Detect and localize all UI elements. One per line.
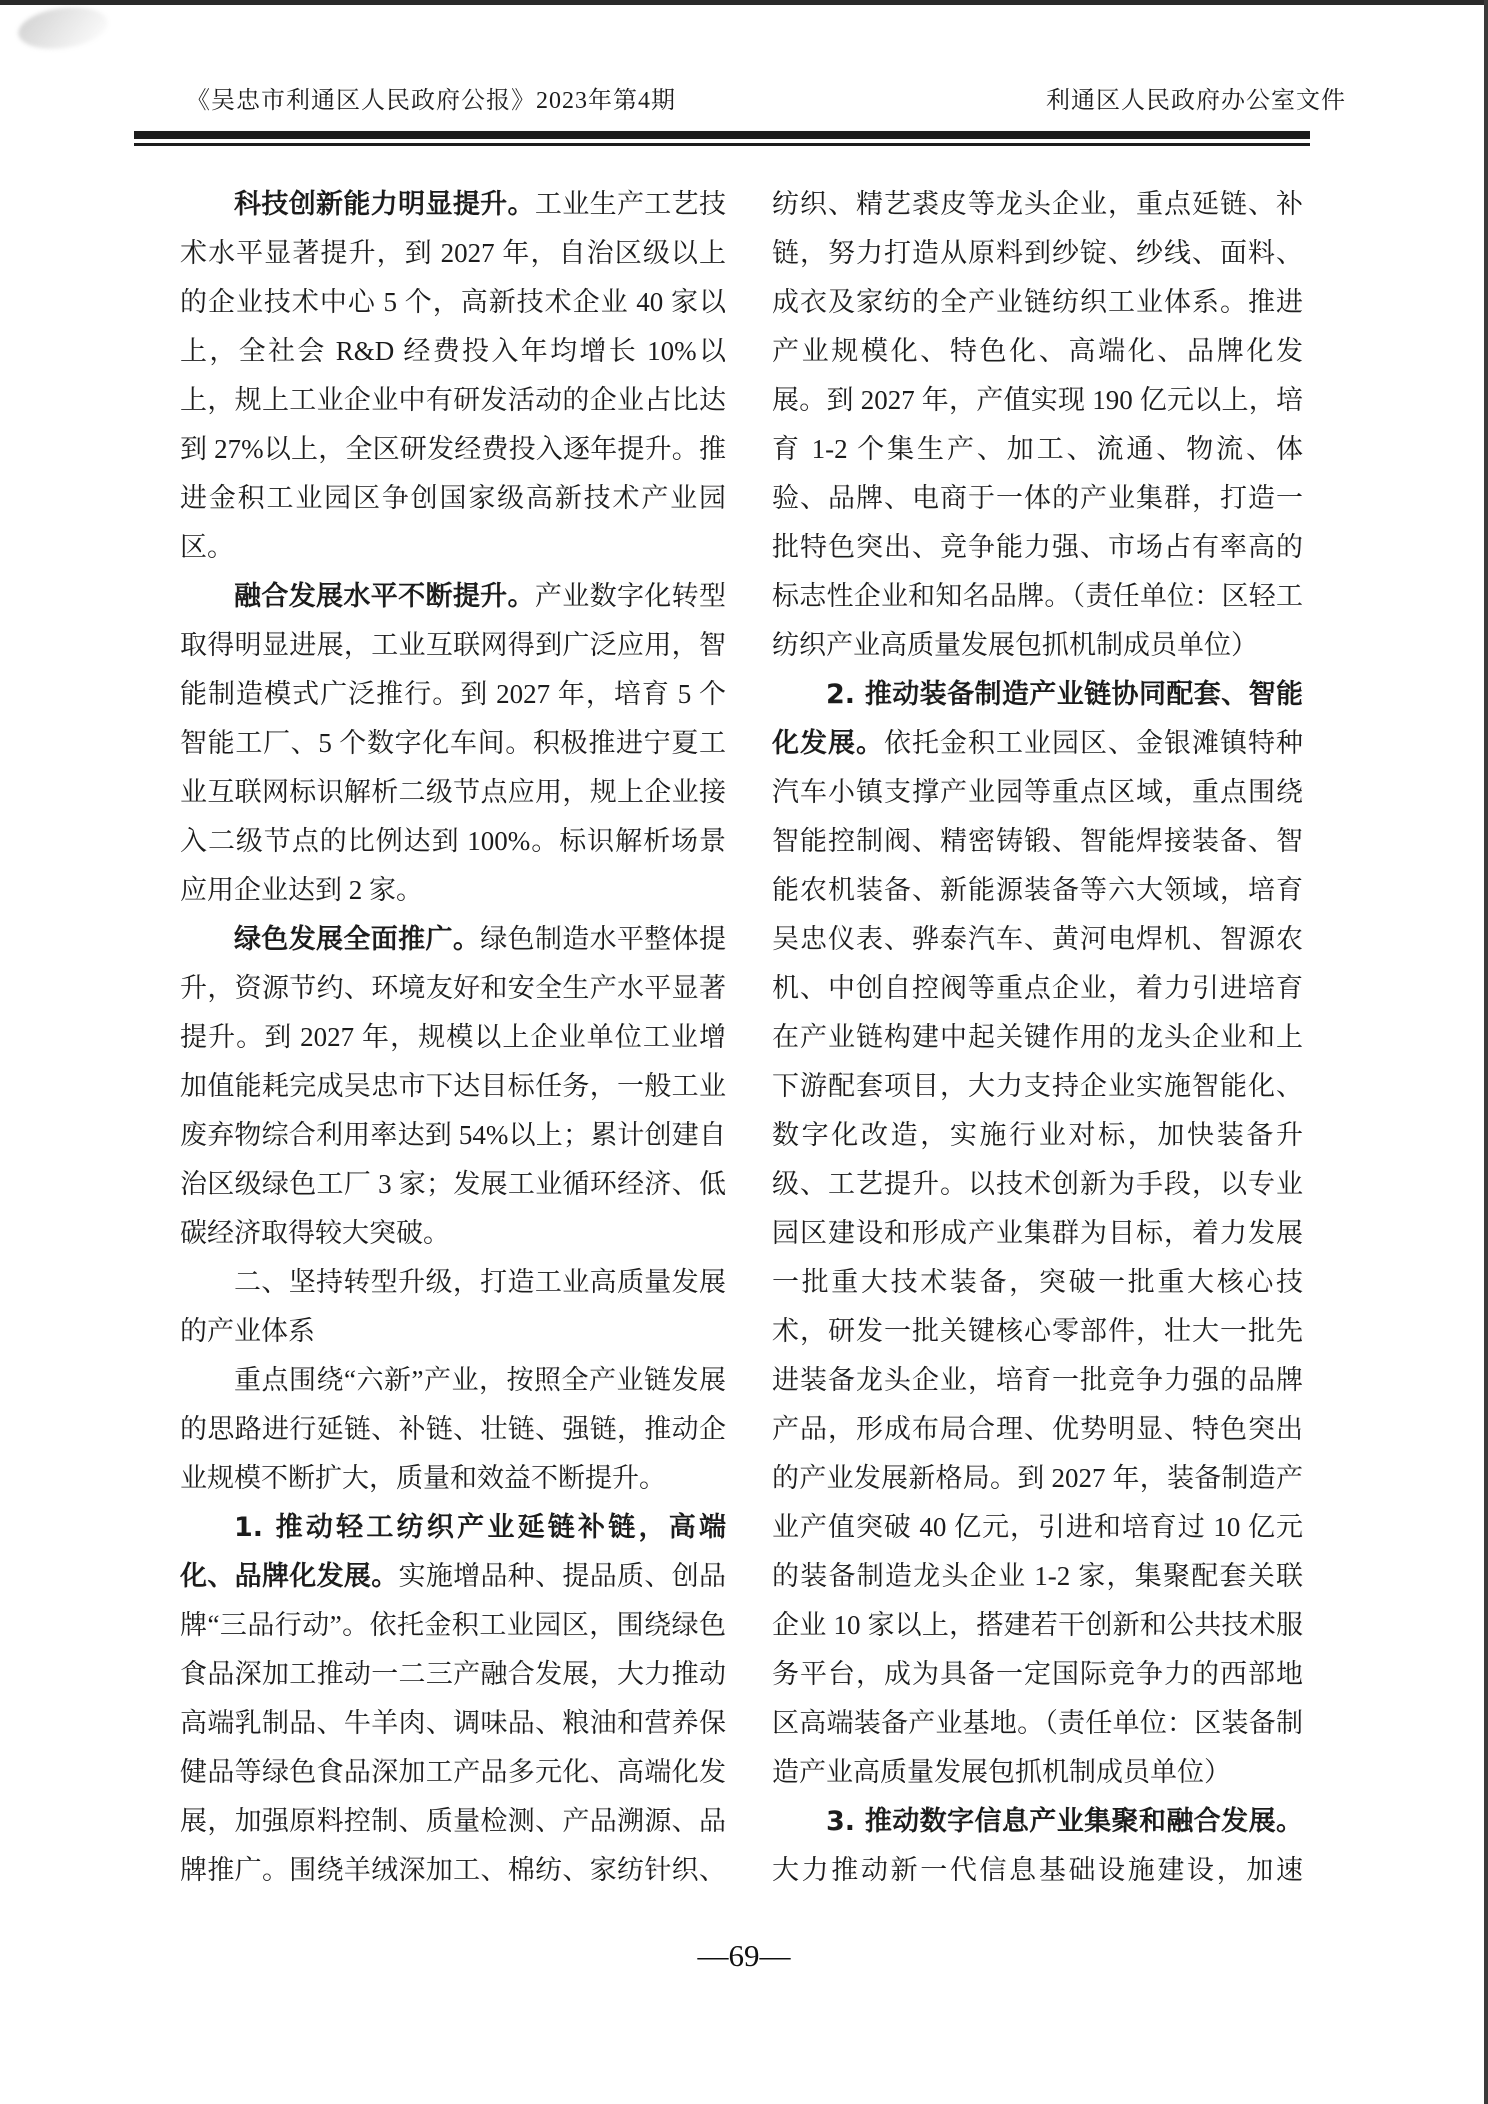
body-paragraph: 3. 推动数字信息产业集聚和融合发展。大力推动新一代信息基础设施建设，加速 5G… (772, 1797, 1303, 1902)
paragraph-text: 依托金积工业园区、金银滩镇特种汽车小镇支撑产业园等重点区域，重点围绕智能控制阀、… (772, 728, 1303, 1787)
gazette-page: 《吴忠市利通区人民政府公报》2023年第4期 利通区人民政府办公室文件 科技创新… (0, 0, 1488, 2104)
header-document-source: 利通区人民政府办公室文件 (1046, 80, 1350, 115)
body-paragraph: 融合发展水平不断提升。产业数字化转型取得明显进展，工业互联网得到广泛应用，智能制… (180, 572, 726, 915)
paragraph-text: 大力推动新一代信息基础设施建设，加速 5G、大数据、云计算、物联网等新一代信息技… (772, 1855, 1303, 1902)
paragraph-text: 工业生产工艺技术水平显著提升，到 2027 年，自治区级以上的企业技术中心 5 … (180, 189, 726, 562)
page-header: 《吴忠市利通区人民政府公报》2023年第4期 利通区人民政府办公室文件 (138, 0, 1350, 115)
page-footer: —69— (138, 1938, 1350, 1974)
left-column: 科技创新能力明显提升。工业生产工艺技术水平显著提升，到 2027 年，自治区级以… (180, 180, 726, 1902)
header-double-rule (134, 131, 1310, 146)
paragraph-text: 纺织、精艺裘皮等龙头企业，重点延链、补链，努力打造从原料到纱锭、纱线、面料、成衣… (772, 189, 1303, 660)
paragraph-lead: 科技创新能力明显提升。 (234, 189, 535, 220)
paragraph-text: 重点围绕“六新”产业，按照全产业链发展的思路进行延链、补链、壮链、强链，推动企业… (180, 1365, 726, 1493)
body-paragraph: 重点围绕“六新”产业，按照全产业链发展的思路进行延链、补链、壮链、强链，推动企业… (180, 1356, 726, 1503)
body-paragraph-continuation: 纺织、精艺裘皮等龙头企业，重点延链、补链，努力打造从原料到纱锭、纱线、面料、成衣… (772, 180, 1303, 670)
body-paragraph: 1. 推动轻工纺织产业延链补链，高端化、品牌化发展。实施增品种、提品质、创品牌“… (180, 1503, 726, 1902)
header-gazette-title: 《吴忠市利通区人民政府公报》2023年第4期 (138, 80, 676, 115)
body-paragraph: 2. 推动装备制造产业链协同配套、智能化发展。依托金积工业园区、金银滩镇特种汽车… (772, 670, 1303, 1797)
scan-smudge (16, 2, 111, 54)
section-heading-paragraph: 二、坚持转型升级，打造工业高质量发展的产业体系 (180, 1258, 726, 1356)
body-paragraph: 科技创新能力明显提升。工业生产工艺技术水平显著提升，到 2027 年，自治区级以… (180, 180, 726, 572)
two-column-body: 科技创新能力明显提升。工业生产工艺技术水平显著提升，到 2027 年，自治区级以… (180, 180, 1350, 1902)
scan-edge-right (1484, 0, 1488, 2104)
paragraph-text: 产业数字化转型取得明显进展，工业互联网得到广泛应用，智能制造模式广泛推行。到 2… (180, 581, 726, 905)
paragraph-lead: 绿色发展全面推广。 (234, 924, 480, 955)
body-paragraph: 绿色发展全面推广。绿色制造水平整体提升，资源节约、环境友好和安全生产水平显著提升… (180, 915, 726, 1258)
paragraph-lead: 3. 推动数字信息产业集聚和融合发展。 (826, 1806, 1303, 1837)
paragraph-lead: 融合发展水平不断提升。 (234, 581, 535, 612)
page-number: —69— (698, 1938, 791, 1973)
right-column: 纺织、精艺裘皮等龙头企业，重点延链、补链，努力打造从原料到纱锭、纱线、面料、成衣… (772, 180, 1303, 1902)
paragraph-text: 绿色制造水平整体提升，资源节约、环境友好和安全生产水平显著提升。到 2027 年… (180, 924, 726, 1248)
page-content: 《吴忠市利通区人民政府公报》2023年第4期 利通区人民政府办公室文件 科技创新… (138, 0, 1350, 1902)
paragraph-text: 实施增品种、提品质、创品牌“三品行动”。依托金积工业园区，围绕绿色食品深加工推动… (180, 1561, 726, 1902)
paragraph-text: 二、坚持转型升级，打造工业高质量发展的产业体系 (180, 1267, 726, 1346)
